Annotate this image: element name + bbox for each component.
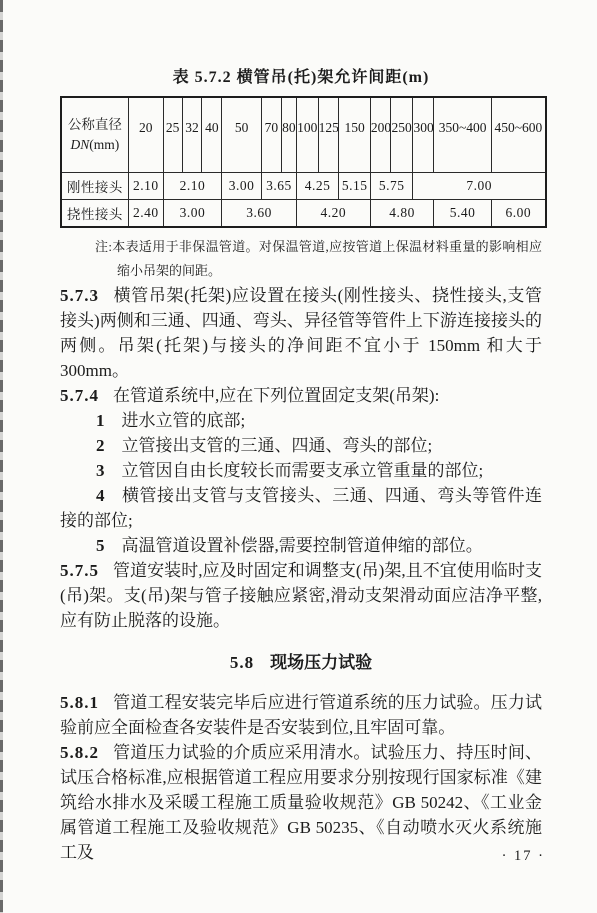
clause-5-7-3: 5.7.3横管吊架(托架)应设置在接头(刚性接头、挠性接头,支管接头)两侧和三通… (60, 283, 542, 383)
item-number: 3 (96, 461, 105, 480)
header-label-line1: 公称直径 (68, 117, 122, 132)
note-prefix: 注: (95, 239, 112, 254)
header-label-dn: DN (71, 137, 90, 152)
table-row-rigid-joint: 刚性接头 2.10 2.10 3.00 3.65 4.25 5.15 5.75 … (61, 173, 546, 200)
page-content: 表 5.7.2 横管吊(托)架允许间距(m) 公称直径 DN(mm) 20 25… (60, 64, 542, 865)
scan-edge-artifact (0, 0, 3, 913)
table-col-header: 350~400 (434, 97, 492, 173)
clause-number: 5.8.1 (60, 693, 99, 712)
list-item-3: 3立管因自由长度较长而需要支承立管重量的部位; (60, 458, 542, 483)
table-col-header: 70 (261, 97, 281, 173)
table-col-header: 20 (128, 97, 163, 173)
table-col-header: 40 (202, 97, 222, 173)
table-header-label: 公称直径 DN(mm) (61, 97, 128, 173)
table-col-header: 25 (163, 97, 182, 173)
section-title: 现场压力试验 (270, 653, 372, 672)
note-text: 本表适用于非保温管道。对保温管道,应按管道上保温材料重量的影响相应缩小吊架的间距… (112, 239, 542, 278)
section-heading-5-8: 5.8现场压力试验 (60, 648, 542, 673)
table-col-header: 100 (296, 97, 318, 173)
table-col-header: 450~600 (491, 97, 545, 173)
clause-text: 管道工程安装完毕后应进行管道系统的压力试验。压力试验前应全面检查各安装件是否安装… (60, 693, 542, 737)
clause-number: 5.7.5 (60, 561, 99, 580)
table-cell: 6.00 (491, 200, 545, 228)
table-cell: 5.40 (434, 200, 492, 228)
table-col-header: 32 (182, 97, 202, 173)
clause-text: 横管吊架(托架)应设置在接头(刚性接头、挠性接头,支管接头)两侧和三通、四通、弯… (60, 286, 542, 380)
table-col-header: 125 (318, 97, 339, 173)
table-cell: 2.40 (128, 200, 163, 228)
table-cell: 7.00 (413, 173, 546, 200)
item-number: 5 (96, 536, 105, 555)
list-item-5: 5高温管道设置补偿器,需要控制管道伸缩的部位。 (60, 533, 542, 558)
item-number: 1 (96, 411, 105, 430)
item-text: 立管因自由长度较长而需要支承立管重量的部位; (122, 461, 484, 480)
clause-number: 5.8.2 (60, 743, 99, 762)
row-label: 刚性接头 (61, 173, 128, 200)
item-number: 4 (96, 486, 105, 505)
table-cell: 3.65 (261, 173, 296, 200)
list-item-2: 2立管接出支管的三通、四通、弯头的部位; (60, 433, 542, 458)
clause-5-8-2: 5.8.2管道压力试验的介质应采用清水。试验压力、持压时间、试压合格标准,应根据… (60, 740, 542, 865)
table-col-header: 150 (339, 97, 370, 173)
item-text: 立管接出支管的三通、四通、弯头的部位; (122, 436, 433, 455)
item-number: 2 (96, 436, 105, 455)
table-row-flexible-joint: 挠性接头 2.40 3.00 3.60 4.20 4.80 5.40 6.00 (61, 200, 546, 228)
page-number: · 17 · (502, 848, 545, 865)
table-col-header: 50 (222, 97, 262, 173)
table-cell: 3.60 (222, 200, 297, 228)
row-label: 挠性接头 (61, 200, 128, 228)
table-cell: 3.00 (163, 200, 222, 228)
table-cell: 2.10 (163, 173, 222, 200)
item-text: 高温管道设置补偿器,需要控制管道伸缩的部位。 (122, 536, 483, 555)
list-item-4: 4横管接出支管与支管接头、三通、四通、弯头等管件连接的部位; (60, 483, 542, 533)
table-title: 表 5.7.2 横管吊(托)架允许间距(m) (60, 64, 542, 87)
table-header-row: 公称直径 DN(mm) 20 25 32 40 50 70 80 100 125… (61, 97, 546, 173)
table-cell: 4.25 (296, 173, 339, 200)
table-col-header: 80 (281, 97, 296, 173)
item-text: 横管接出支管与支管接头、三通、四通、弯头等管件连接的部位; (60, 486, 542, 530)
clause-text: 管道压力试验的介质应采用清水。试验压力、持压时间、试压合格标准,应根据管道工程应… (60, 743, 542, 862)
table-col-header: 250 (390, 97, 413, 173)
clause-5-8-1: 5.8.1管道工程安装完毕后应进行管道系统的压力试验。压力试验前应全面检查各安装… (60, 690, 542, 740)
table-cell: 2.10 (128, 173, 163, 200)
table-cell: 3.00 (222, 173, 262, 200)
clause-5-7-4: 5.7.4在管道系统中,应在下列位置固定支架(吊架): (60, 383, 542, 408)
header-label-unit: (mm) (89, 137, 119, 152)
table-col-header: 300 (413, 97, 434, 173)
table-cell: 4.20 (296, 200, 370, 228)
clause-number: 5.7.3 (60, 286, 99, 305)
table-note: 注:本表适用于非保温管道。对保温管道,应按管道上保温材料重量的影响相应缩小吊架的… (60, 235, 542, 283)
section-number: 5.8 (230, 653, 254, 672)
clause-text: 在管道系统中,应在下列位置固定支架(吊架): (113, 386, 439, 405)
table-col-header: 200 (370, 97, 390, 173)
item-text: 进水立管的底部; (122, 411, 246, 430)
clause-number: 5.7.4 (60, 386, 99, 405)
table-cell: 5.75 (370, 173, 413, 200)
clause-5-7-5: 5.7.5管道安装时,应及时固定和调整支(吊)架,且不宜使用临时支(吊)架。支(… (60, 558, 542, 633)
list-item-1: 1进水立管的底部; (60, 408, 542, 433)
spacing-table: 公称直径 DN(mm) 20 25 32 40 50 70 80 100 125… (60, 96, 547, 228)
clause-text: 管道安装时,应及时固定和调整支(吊)架,且不宜使用临时支(吊)架。支(吊)架与管… (60, 561, 542, 630)
table-cell: 5.15 (339, 173, 370, 200)
table-cell: 4.80 (370, 200, 433, 228)
document-page: 表 5.7.2 横管吊(托)架允许间距(m) 公称直径 DN(mm) 20 25… (0, 0, 597, 913)
